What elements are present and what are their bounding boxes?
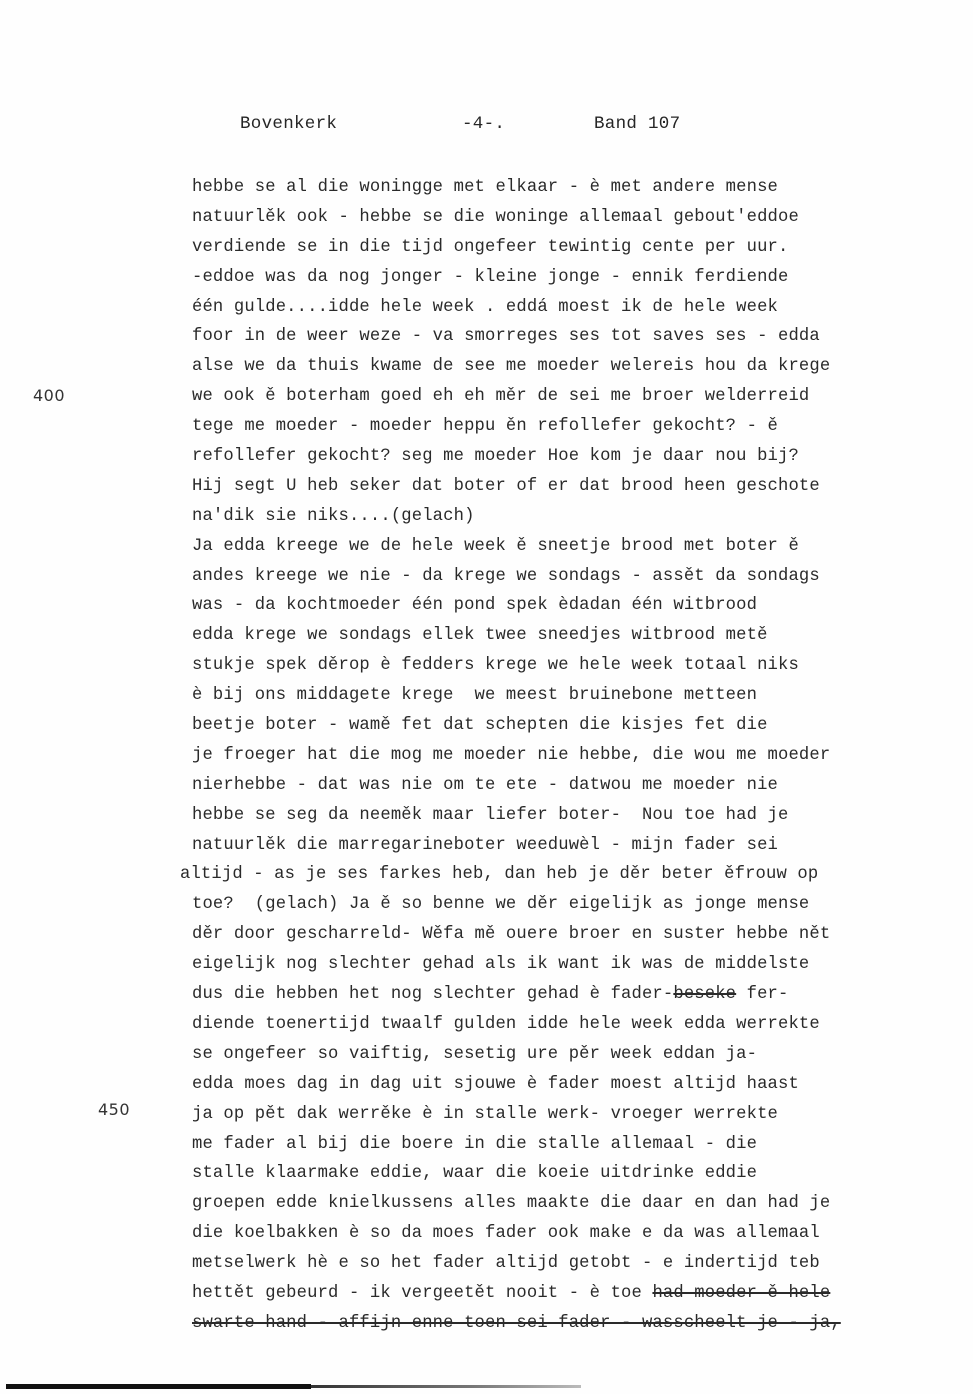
line-text: één gulde....idde hele week . eddá moest…	[192, 298, 778, 317]
transcript-line: verdiende se in die tijd ongefeer tewint…	[192, 233, 841, 263]
transcript-line: Ja edda kreege we de hele week ě sneetje…	[192, 532, 841, 562]
line-text: alse we da thuis kwame de see me moeder …	[192, 357, 830, 376]
transcript-line: was - da kochtmoeder één pond spek èdada…	[192, 591, 841, 621]
transcript-line: eigelijk nog slechter gehad als ik want …	[192, 950, 841, 980]
transcript-line: natuurlěk ook - hebbe se die woninge all…	[192, 203, 841, 233]
line-text: natuurlěk ook - hebbe se die woninge all…	[192, 208, 799, 227]
line-text: groepen edde knielkussens alles maakte d…	[192, 1194, 830, 1213]
line-text: eigelijk nog slechter gehad als ik want …	[192, 955, 809, 974]
line-text: me fader al bij die boere in die stalle …	[192, 1135, 757, 1154]
transcript-line: stalle klaarmake eddie, waar die koeie u…	[192, 1159, 841, 1189]
line-text: die koelbakken è so da moes fader ook ma…	[192, 1224, 820, 1243]
transcript-line: se ongefeer so vaiftig, sesetig ure pěr …	[192, 1040, 841, 1070]
line-text: refollefer gekocht? seg me moeder Hoe ko…	[192, 447, 799, 466]
transcript-line: děr door gescharreld- Wěfa mě ouere broe…	[192, 920, 841, 950]
transcript-line: dus die hebben het nog slechter gehad è …	[192, 980, 841, 1010]
line-text: nierhebbe - dat was nie om te ete - datw…	[192, 776, 778, 795]
transcript-line: na'dik sie niks....(gelach)	[192, 502, 841, 532]
transcript-line: stukje spek děrop è fedders krege we hel…	[192, 651, 841, 681]
line-text: metselwerk hè e so het fader altijd geto…	[192, 1254, 820, 1273]
scan-edge-fade	[311, 1385, 581, 1388]
margin-line-number-450: 450	[98, 1100, 130, 1119]
line-text: stalle klaarmake eddie, waar die koeie u…	[192, 1164, 757, 1183]
line-text: se ongefeer so vaiftig, sesetig ure pěr …	[192, 1045, 757, 1064]
transcript-line: groepen edde knielkussens alles maakte d…	[192, 1189, 841, 1219]
line-text: è bij ons middagete krege we meest bruin…	[192, 686, 757, 705]
header-page-number: -4-.	[462, 114, 505, 134]
transcript-line: beetje boter - wamě fet dat schepten die…	[192, 711, 841, 741]
line-text: diende toenertijd twaalf gulden idde hel…	[192, 1015, 820, 1034]
transcript-line: edda krege we sondags ellek twee sneedje…	[192, 621, 841, 651]
line-text: beetje boter - wamě fet dat schepten die…	[192, 716, 768, 735]
line-text: hebbe se seg da neeměk maar liefer boter…	[192, 806, 788, 825]
transcript-line: natuurlěk die marregarineboter weeduwèl …	[192, 831, 841, 861]
transcript-line: è bij ons middagete krege we meest bruin…	[192, 681, 841, 711]
line-text: tege me moeder - moeder heppu ěn refolle…	[192, 417, 778, 436]
scan-edge-bar	[6, 1384, 311, 1389]
transcript-line: andes kreege we nie - da krege we sondag…	[192, 562, 841, 592]
transcript-line: die koelbakken è so da moes fader ook ma…	[192, 1219, 841, 1249]
line-text: dus die hebben het nog slechter gehad è …	[192, 985, 673, 1004]
header-tape-number: Band 107	[594, 114, 680, 134]
line-text: verdiende se in die tijd ongefeer tewint…	[192, 238, 788, 257]
transcript-line: edda moes dag in dag uit sjouwe è fader …	[192, 1070, 841, 1100]
transcript-line: alse we da thuis kwame de see me moeder …	[192, 352, 841, 382]
transcript-line: hettět gebeurd - ik vergeetět nooit - è …	[192, 1279, 841, 1309]
transcript-line: we ook ě boterham goed eh eh měr de sei …	[192, 382, 841, 412]
line-text: edda moes dag in dag uit sjouwe è fader …	[192, 1075, 799, 1094]
transcript-line: me fader al bij die boere in die stalle …	[192, 1130, 841, 1160]
transcript-line: hebbe se al die woningge met elkaar - è …	[192, 173, 841, 203]
transcript-line: diende toenertijd twaalf gulden idde hel…	[192, 1010, 841, 1040]
line-text: stukje spek děrop è fedders krege we hel…	[192, 656, 799, 675]
line-text: hebbe se al die woningge met elkaar - è …	[192, 178, 778, 197]
line-text: was - da kochtmoeder één pond spek èdada…	[192, 596, 757, 615]
transcript-line: -eddoe was da nog jonger - kleine jonge …	[192, 263, 841, 293]
transcript-line: ja op pět dak werrěke è in stalle werk- …	[192, 1100, 841, 1130]
line-text: we ook ě boterham goed eh eh měr de sei …	[192, 387, 809, 406]
line-text: andes kreege we nie - da krege we sondag…	[192, 567, 820, 586]
transcript-line: altijd - as je ses farkes heb, dan heb j…	[180, 860, 841, 890]
transcript-line: toe? (gelach) Ja ě so benne we děr eigel…	[192, 890, 841, 920]
transcript-line: tege me moeder - moeder heppu ěn refolle…	[192, 412, 841, 442]
line-text-after: fer-	[736, 985, 788, 1004]
transcript-line: hebbe se seg da neeměk maar liefer boter…	[192, 801, 841, 831]
transcript-line: nierhebbe - dat was nie om te ete - datw…	[192, 771, 841, 801]
line-text: Ja edda kreege we de hele week ě sneetje…	[192, 537, 799, 556]
transcript-body: hebbe se al die woningge met elkaar - è …	[192, 173, 841, 1339]
struck-text: had moeder ě hele	[652, 1284, 830, 1303]
line-text: -eddoe was da nog jonger - kleine jonge …	[192, 268, 788, 287]
line-text: děr door gescharreld- Wěfa mě ouere broe…	[192, 925, 830, 944]
transcript-line: Hij segt U heb seker dat boter of er dat…	[192, 472, 841, 502]
struck-text: swarte hand - affijn enne toen sei fader…	[192, 1314, 841, 1333]
line-text: hettět gebeurd - ik vergeetět nooit - è …	[192, 1284, 652, 1303]
line-text: na'dik sie niks....(gelach)	[192, 507, 475, 526]
line-text: foor in de weer weze - va smorreges ses …	[192, 327, 820, 346]
typescript-page: Bovenkerk -4-. Band 107 400 450 hebbe se…	[0, 0, 973, 1394]
line-text: toe? (gelach) Ja ě so benne we děr eigel…	[192, 895, 809, 914]
transcript-line: één gulde....idde hele week . eddá moest…	[192, 293, 841, 323]
header-place: Bovenkerk	[240, 114, 337, 134]
transcript-line: je froeger hat die mog me moeder nie heb…	[192, 741, 841, 771]
transcript-line: metselwerk hè e so het fader altijd geto…	[192, 1249, 841, 1279]
line-text: natuurlěk die marregarineboter weeduwèl …	[192, 836, 778, 855]
line-text: je froeger hat die mog me moeder nie heb…	[192, 746, 830, 765]
line-text: edda krege we sondags ellek twee sneedje…	[192, 626, 768, 645]
line-text: Hij segt U heb seker dat boter of er dat…	[192, 477, 820, 496]
transcript-line: refollefer gekocht? seg me moeder Hoe ko…	[192, 442, 841, 472]
transcript-line: foor in de weer weze - va smorreges ses …	[192, 322, 841, 352]
line-text: ja op pět dak werrěke è in stalle werk- …	[192, 1105, 778, 1124]
line-text: altijd - as je ses farkes heb, dan heb j…	[180, 865, 818, 884]
margin-line-number-400: 400	[33, 386, 65, 405]
transcript-line: swarte hand - affijn enne toen sei fader…	[192, 1309, 841, 1339]
struck-text: beseke	[673, 985, 736, 1004]
